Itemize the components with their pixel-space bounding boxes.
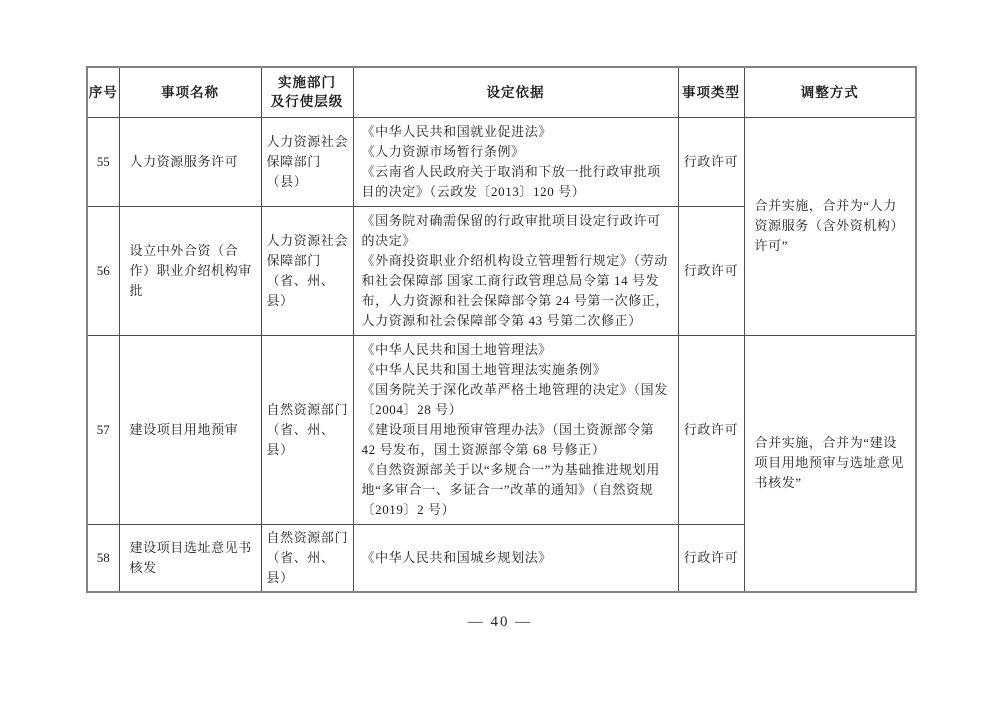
cell-seq: 58 xyxy=(87,524,119,592)
header-type: 事项类型 xyxy=(678,67,744,117)
cell-seq: 55 xyxy=(87,117,119,206)
cell-item-name: 设立中外合资（合作）职业介绍机构审批 xyxy=(119,206,261,335)
document-page: 序号 事项名称 实施部门 及行使层级 设定依据 事项类型 调整方式 55 人力资… xyxy=(0,0,1000,707)
cell-type: 行政许可 xyxy=(678,524,744,592)
basis-entry: 《云南省人民政府关于取消和下放一批行政审批项目的决定》（云政发〔2013〕120… xyxy=(362,162,672,202)
cell-basis: 《中华人民共和国就业促进法》 《人力资源市场暂行条例》 《云南省人民政府关于取消… xyxy=(353,117,678,206)
header-basis: 设定依据 xyxy=(353,67,678,117)
basis-entry: 《人力资源市场暂行条例》 xyxy=(362,142,672,162)
cell-item-name: 建设项目用地预审 xyxy=(119,335,261,524)
table-header-row: 序号 事项名称 实施部门 及行使层级 设定依据 事项类型 调整方式 xyxy=(87,67,916,117)
basis-entry: 《自然资源部关于以“多规合一”为基础推进规划用地“多审合一、多证合一”改革的通知… xyxy=(362,460,672,520)
cell-type: 行政许可 xyxy=(678,117,744,206)
cell-department: 人力资源社会保障部门（县） xyxy=(261,117,353,206)
header-item-name: 事项名称 xyxy=(119,67,261,117)
cell-basis: 《中华人民共和国土地管理法》 《中华人民共和国土地管理法实施条例》 《国务院关于… xyxy=(353,335,678,524)
cell-item-name: 人力资源服务许可 xyxy=(119,117,261,206)
cell-department: 自然资源部门（省、州、县） xyxy=(261,524,353,592)
cell-department: 自然资源部门（省、州、县） xyxy=(261,335,353,524)
basis-entry: 《国务院对确需保留的行政审批项目设定行政许可的决定》 xyxy=(362,211,672,251)
cell-item-name: 建设项目选址意见书核发 xyxy=(119,524,261,592)
basis-entry: 《国务院关于深化改革严格土地管理的决定》（国发〔2004〕28 号） xyxy=(362,380,672,420)
basis-entry: 《中华人民共和国土地管理法》 xyxy=(362,340,672,360)
basis-entry: 《中华人民共和国城乡规划法》 xyxy=(362,548,672,568)
cell-type: 行政许可 xyxy=(678,206,744,335)
cell-department: 人力资源社会保障部门（省、州、县） xyxy=(261,206,353,335)
cell-adjustment-merged: 合并实施，合并为“建设项目用地预审与选址意见书核发” xyxy=(744,335,916,592)
cell-basis: 《中华人民共和国城乡规划法》 xyxy=(353,524,678,592)
cell-adjustment-merged: 合并实施，合并为“人力资源服务（含外资机构）许可” xyxy=(744,117,916,335)
cell-seq: 56 xyxy=(87,206,119,335)
basis-entry: 《外商投资职业介绍机构设立管理暂行规定》（劳动和社会保障部 国家工商行政管理总局… xyxy=(362,251,672,331)
table-row: 57 建设项目用地预审 自然资源部门（省、州、县） 《中华人民共和国土地管理法》… xyxy=(87,335,916,524)
table-row: 55 人力资源服务许可 人力资源社会保障部门（县） 《中华人民共和国就业促进法》… xyxy=(87,117,916,206)
header-department: 实施部门 及行使层级 xyxy=(261,67,353,117)
basis-entry: 《中华人民共和国就业促进法》 xyxy=(362,122,672,142)
header-adjustment: 调整方式 xyxy=(744,67,916,117)
cell-basis: 《国务院对确需保留的行政审批项目设定行政许可的决定》 《外商投资职业介绍机构设立… xyxy=(353,206,678,335)
cell-type: 行政许可 xyxy=(678,335,744,524)
basis-entry: 《中华人民共和国土地管理法实施条例》 xyxy=(362,360,672,380)
header-seq: 序号 xyxy=(87,67,119,117)
cell-seq: 57 xyxy=(87,335,119,524)
page-number: — 40 — xyxy=(0,614,1000,631)
approval-items-table: 序号 事项名称 实施部门 及行使层级 设定依据 事项类型 调整方式 55 人力资… xyxy=(86,66,917,593)
basis-entry: 《建设项目用地预审管理办法》（国土资源部令第 42 号发布，国土资源部令第 68… xyxy=(362,420,672,460)
